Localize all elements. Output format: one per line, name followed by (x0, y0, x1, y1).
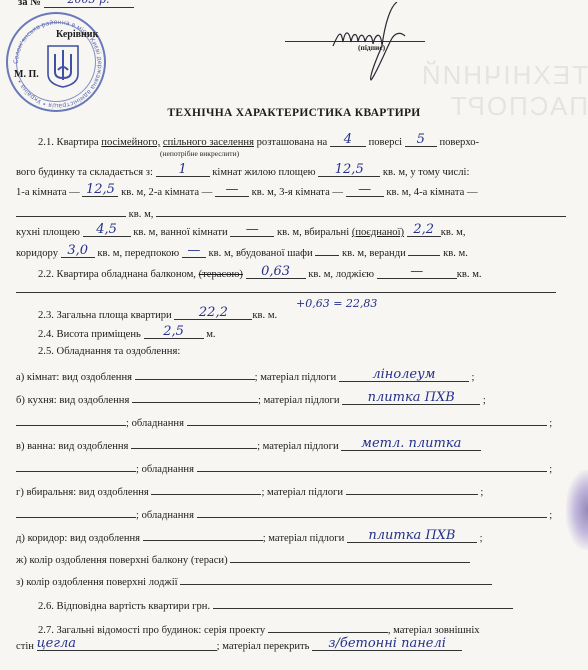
project-series-field (268, 620, 388, 633)
floors-total-field: 5 (405, 134, 437, 147)
section-2-1-line-2: вого будинку та складається з: 1 кімнат … (16, 164, 469, 178)
rooms-floor-field: лінолеум (339, 369, 469, 382)
toilet-area-field: 2,2 (407, 224, 441, 237)
kitchen-area-field: 4,5 (83, 224, 131, 237)
corridor-area-field: 3,0 (61, 245, 95, 258)
official-stamp: Солом'янська районна в місті Києві держа… (6, 12, 106, 112)
signature-caption: (підпис) (358, 43, 385, 52)
section-2-3: 2.3. Загальна площа квартири 22,2кв. м. … (38, 307, 277, 321)
section-2-1-line-1: 2.1. Квартира посімейного, спільного зас… (38, 134, 479, 148)
toilet-finish-field (151, 482, 261, 495)
loggia-color-field (180, 572, 492, 585)
loggia-color-row: з) колір оздоблення поверхні лоджії (16, 572, 492, 588)
terrace-struck: (терасою) (199, 269, 243, 280)
option-shared: спільного заселення (163, 137, 254, 148)
bathroom-area-field: — (230, 224, 274, 237)
seal-label: М. П. (14, 69, 39, 80)
veranda-area-field (408, 243, 440, 256)
page-title: ТЕХНІЧНА ХАРАКТЕРИСТИКА КВАРТИРИ (0, 107, 588, 119)
rooms-count-field: 1 (156, 164, 210, 177)
corridor-finish-field (143, 528, 263, 541)
option-family: посімейного, (101, 137, 160, 148)
registration-field: 2003 р. (44, 0, 134, 8)
kitchen-floor-field: плитка ПХВ (342, 392, 480, 405)
toilet-equipment-field (197, 505, 547, 518)
floor-field: 4 (330, 134, 366, 147)
signature-icon (325, 2, 425, 82)
section-2-4: 2.4. Висота приміщень 2,5 м. (38, 326, 216, 340)
toilet-equipment-row: ; обладнання ; (16, 505, 552, 521)
bath-equipment-field (197, 459, 547, 472)
corridor-finish-row: д) коридор: вид оздоблення ; матеріал пі… (16, 528, 483, 544)
ceiling-material-field: з/бетонні панелі (312, 638, 462, 651)
manager-label: Керівник (56, 29, 98, 40)
section-2-7: 2.7. Загальні відомості про будинок: сер… (38, 620, 480, 636)
balcony-color-row: ж) колір оздоблення поверхні балкону (те… (16, 550, 470, 566)
rooms-finish-row: а) кімнат: вид оздоблення ; матеріал під… (16, 367, 474, 383)
section-2-1-line-5: кухні площею 4,5 кв. м, ванної кімнати —… (16, 224, 466, 238)
total-area-field: 22,2 (174, 307, 252, 320)
section-2-6: 2.6. Відповідна вартість квартири грн. (38, 596, 513, 612)
room4-area-field (16, 204, 126, 217)
registration-number: 2003 р. (68, 0, 110, 6)
section-2-1-line-3: 1-а кімната — 12,5 кв. м, 2-а кімната — … (16, 184, 478, 198)
ceiling-height-field: 2,5 (144, 326, 204, 339)
hall-area-field: — (182, 245, 206, 258)
bath-finish-row: в) ванна: вид оздоблення ; матеріал підл… (16, 436, 481, 452)
bath-finish-field (131, 436, 257, 449)
toilet-finish-row: г) вбиральня: вид оздоблення ; матеріал … (16, 482, 483, 498)
strike-out-note: (непотрібне викреслити) (160, 149, 239, 158)
living-area-field: 12,5 (318, 164, 380, 177)
section-2-1-line-4: кв. м, (16, 204, 566, 220)
balcony-color-field (230, 550, 470, 563)
kitchen-finish-row: б) кухня: вид оздоблення ; матеріал підл… (16, 390, 486, 406)
kitchen-finish-field (132, 390, 258, 403)
kitchen-equipment-field (187, 413, 547, 426)
corridor-floor-field: плитка ПХВ (347, 530, 477, 543)
room3-area-field: — (346, 184, 384, 197)
document-page: ТЕХНІЧНИЙ ПАСПОРТ за № 2003 р. Солом'янс… (0, 0, 588, 670)
coat-of-arms-icon (46, 44, 80, 88)
registration-line: за № 2003 р. (18, 0, 134, 8)
extra-rooms-field (156, 204, 566, 217)
room2-area-field: — (215, 184, 249, 197)
rooms-finish-field (135, 367, 255, 380)
apartment-value-field (213, 596, 513, 609)
kitchen-equipment-row: ; обладнання ; (16, 413, 552, 429)
room1-area-field: 12,5 (82, 184, 118, 197)
total-area-addition: +0,63 = 22,83 (296, 297, 377, 310)
closet-area-field (315, 243, 339, 256)
registration-prefix: за № (18, 0, 41, 8)
blank-line (16, 284, 556, 293)
bath-floor-field: метл. плитка (341, 438, 481, 451)
balcony-area-field: 0,63 (246, 266, 306, 279)
toilet-floor-field (346, 482, 478, 495)
loggia-area-field: — (377, 266, 457, 279)
section-2-7-line-2: стін цегла; матеріал перекрить з/бетонні… (16, 638, 462, 652)
section-2-1-line-6: коридору 3,0 кв. м, передпокою — кв. м, … (16, 243, 468, 259)
wall-material-field: цегла (37, 638, 217, 651)
section-2-2: 2.2. Квартира обладнана балконом, (терас… (38, 266, 482, 280)
ink-smudge (566, 470, 588, 550)
section-2-5-title: 2.5. Обладнання та оздоблення: (38, 346, 180, 357)
bath-equipment-row: ; обладнання ; (16, 459, 552, 475)
